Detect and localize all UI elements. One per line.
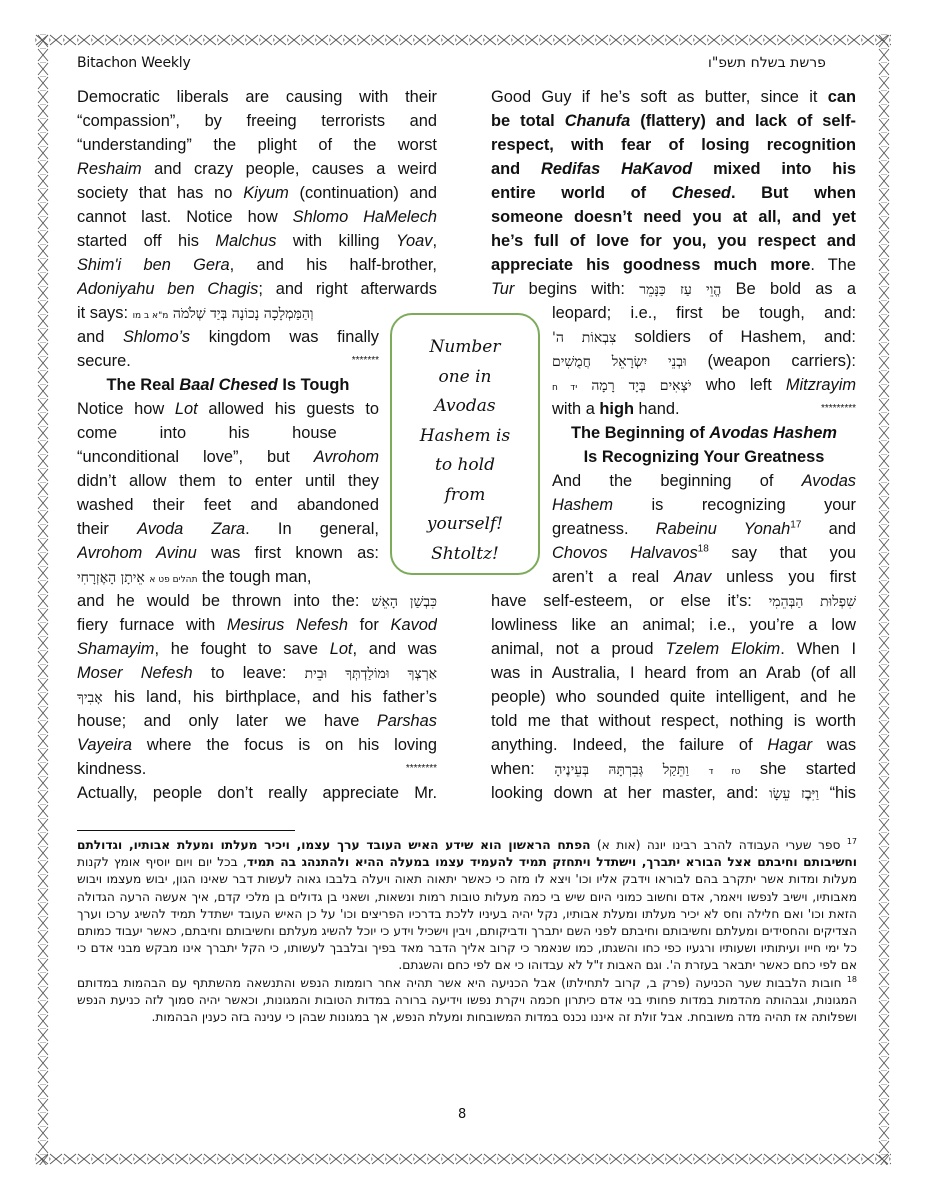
text-line: society that has no Kiyum (continuation)… — [77, 181, 437, 205]
hebrew-quote: שִׁפְלוּת הַבְּהֵמִי — [769, 594, 856, 610]
text-line: greatness. Rabeinu Yonah17 and — [552, 517, 856, 541]
hebrew-quote: הֱוֵי עַז כַּנָּמֵר — [639, 282, 721, 298]
text-line: צִבְאוֹת ה' soldiers of Hashem, and: — [552, 325, 856, 349]
text-line: and he would be thrown into the: כִּבְשַ… — [77, 589, 437, 613]
parsha-title: פרשת בשלח תשפ"ו — [708, 55, 826, 71]
text-line: and Shlomo’s kingdom was finally — [77, 325, 379, 349]
text-line: was in Australia, I heard from an Arab (… — [491, 661, 856, 685]
text-line: Shamayim, he fought to save Lot, and was — [77, 637, 437, 661]
decorative-border-top — [35, 34, 891, 46]
hebrew-quote: אֵיתָן הָאֶזְרָחִי — [77, 570, 145, 586]
page-number: 8 — [458, 1107, 466, 1122]
text-line: entire world of Chesed. But when — [491, 181, 856, 205]
footnote-17: 17 ספר שערי העבודה להרב רבינו יונה (אות … — [77, 837, 857, 975]
source-citation: תהלים פט א — [149, 575, 197, 585]
decorative-border-left — [37, 34, 49, 1165]
text-line: their Avoda Zara. In general, — [77, 517, 379, 541]
text-line: when: טז ד וַתֵּקַל גְּבִרְתָּהּ בְּעֵינ… — [491, 757, 856, 781]
text-line: have self-esteem, or else it’s: שִׁפְלוּ… — [491, 589, 856, 613]
hebrew-quote: וַיִּבֶז עֵשָׂו — [769, 786, 819, 802]
text-line: with a high hand.********* — [552, 397, 856, 421]
text-line: cannot last. Notice how Shlomo HaMelech — [77, 205, 437, 229]
right-column: Good Guy if he’s soft as butter, since i… — [491, 85, 856, 805]
text-line: Moser Nefesh to leave: אַרְצְךָ וּמוֹלַד… — [77, 661, 437, 685]
hebrew-quote: אַרְצְךָ וּמוֹלַדְתְּךָ וּבֵית — [305, 666, 437, 682]
footnote-18: 18 חובות הלבבות שער הכניעה (פרק ב, קרוב … — [77, 975, 857, 1027]
source-citation: מ"א ב מו — [133, 311, 169, 321]
left-column: Democratic liberals are causing with the… — [77, 85, 437, 805]
section-heading: The Beginning of Avodas Hashem — [552, 421, 856, 445]
text-line: Good Guy if he’s soft as butter, since i… — [491, 85, 856, 109]
footnote-ref-18: 18 — [698, 544, 709, 555]
hebrew-quote: וּבְנֵי יִשְׂרָאֵל חֲמֻשִׁים — [552, 354, 687, 370]
section-heading: Is Recognizing Your Greatness — [552, 445, 856, 469]
text-line: תהלים פט א אֵיתָן הָאֶזְרָחִי the tough … — [77, 565, 379, 589]
section-heading: The Real Baal Chesed Is Tough — [77, 373, 379, 397]
text-line: animal, not a proud Tzelem Elokim. When … — [491, 637, 856, 661]
text-line: be total Chanufa (flattery) and lack of … — [491, 109, 856, 133]
decorative-border-right — [878, 34, 890, 1165]
section-separator: ********* — [821, 397, 856, 421]
hebrew-quote: וְהַמַּמְלָכָה נָכוֹנָה בְּיַד שְׁלֹמֹה — [173, 306, 314, 322]
text-line: “unconditional love”, but Avrohom — [77, 445, 379, 469]
footnote-ref-17: 17 — [790, 520, 801, 531]
text-line: Hashem is recognizing your — [552, 493, 856, 517]
text-line: Adoniyahu ben Chagis; and right afterwar… — [77, 277, 437, 301]
text-line: Notice how Lot allowed his guests to — [77, 397, 379, 421]
text-line: he’s full of love for you, you respect a… — [491, 229, 856, 253]
text-line: fiery furnace with Mesirus Nefesh for Ka… — [77, 613, 437, 637]
newsletter-title: Bitachon Weekly — [77, 55, 191, 71]
text-line: leopard; i.e., first be tough, and: — [552, 301, 856, 325]
text-line: anything. Indeed, the failure of Hagar w… — [491, 733, 856, 757]
text-line: washed their feet and abandoned — [77, 493, 379, 517]
source-citation: יד ח — [552, 383, 577, 393]
text-line: and Redifas HaKavod mixed into his — [491, 157, 856, 181]
text-line: Vayeira where the focus is on his loving — [77, 733, 437, 757]
text-line: Shim'i ben Gera, and his half-brother, — [77, 253, 437, 277]
hebrew-quote: אָבִיךָ — [77, 690, 103, 706]
text-line: looking down at her master, and: וַיִּבֶ… — [491, 781, 856, 805]
text-line: secure.******* — [77, 349, 379, 373]
text-line: told me that without respect, nothing is… — [491, 709, 856, 733]
source-citation: טז ד — [709, 767, 741, 777]
hebrew-quote: וַתֵּקַל גְּבִרְתָּהּ בְּעֵינֶיהָ — [554, 762, 689, 778]
hebrew-quote: כִּבְשַׁן הָאֵשׁ — [372, 594, 437, 610]
text-line: house; and only later we have Parshas — [77, 709, 437, 733]
text-line: יֹצְאִים בְּיָד רָמָה יד ח who left Mitz… — [552, 373, 856, 397]
text-line: people) who sounded quite intelligent, a… — [491, 685, 856, 709]
section-separator: ******** — [406, 757, 437, 781]
text-line: Tur begins with: הֱוֵי עַז כַּנָּמֵר Be … — [491, 277, 856, 301]
text-line: Avrohom Avinu was first known as: — [77, 541, 379, 565]
hebrew-quote: צִבְאוֹת ה' — [552, 330, 616, 346]
text-line: Democratic liberals are causing with the… — [77, 85, 437, 109]
footnotes: 17 ספר שערי העבודה להרב רבינו יונה (אות … — [77, 837, 857, 1026]
text-line: וּבְנֵי יִשְׂרָאֵל חֲמֻשִׁים (weapon car… — [552, 349, 856, 373]
text-line: someone doesn’t need you at all, and yet — [491, 205, 856, 229]
decorative-border-bottom — [35, 1153, 891, 1165]
text-line: kindness.******** — [77, 757, 437, 781]
text-line: Actually, people don’t really appreciate… — [77, 781, 437, 805]
text-line: Chovos Halvavos18 say that you — [552, 541, 856, 565]
text-line: appreciate his goodness much more. The — [491, 253, 856, 277]
text-line: אָבִיךָ his land, his birthplace, and hi… — [77, 685, 437, 709]
text-line: aren’t a real Anav unless you first — [552, 565, 856, 589]
text-line: lowliness like an animal; i.e., you’re a… — [491, 613, 856, 637]
text-line: And the beginning of Avodas — [552, 469, 856, 493]
text-line: didn’t allow them to enter until they — [77, 469, 379, 493]
text-line: Reshaim and crazy people, causes a weird — [77, 157, 437, 181]
text-line: “understanding” the plight of the worst — [77, 133, 437, 157]
text-line: “compassion”, by freeing terrorists and — [77, 109, 437, 133]
hebrew-quote: יֹצְאִים בְּיָד רָמָה — [591, 378, 691, 394]
text-line: respect, with fear of losing recognition — [491, 133, 856, 157]
text-line: started off his Malchus with killing Yoa… — [77, 229, 437, 253]
text-line: it says: וְהַמַּמְלָכָה נָכוֹנָה בְּיַד … — [77, 301, 379, 325]
text-line: come into his house with — [77, 421, 379, 445]
footnote-separator — [77, 830, 295, 831]
section-separator: ******* — [352, 349, 379, 373]
